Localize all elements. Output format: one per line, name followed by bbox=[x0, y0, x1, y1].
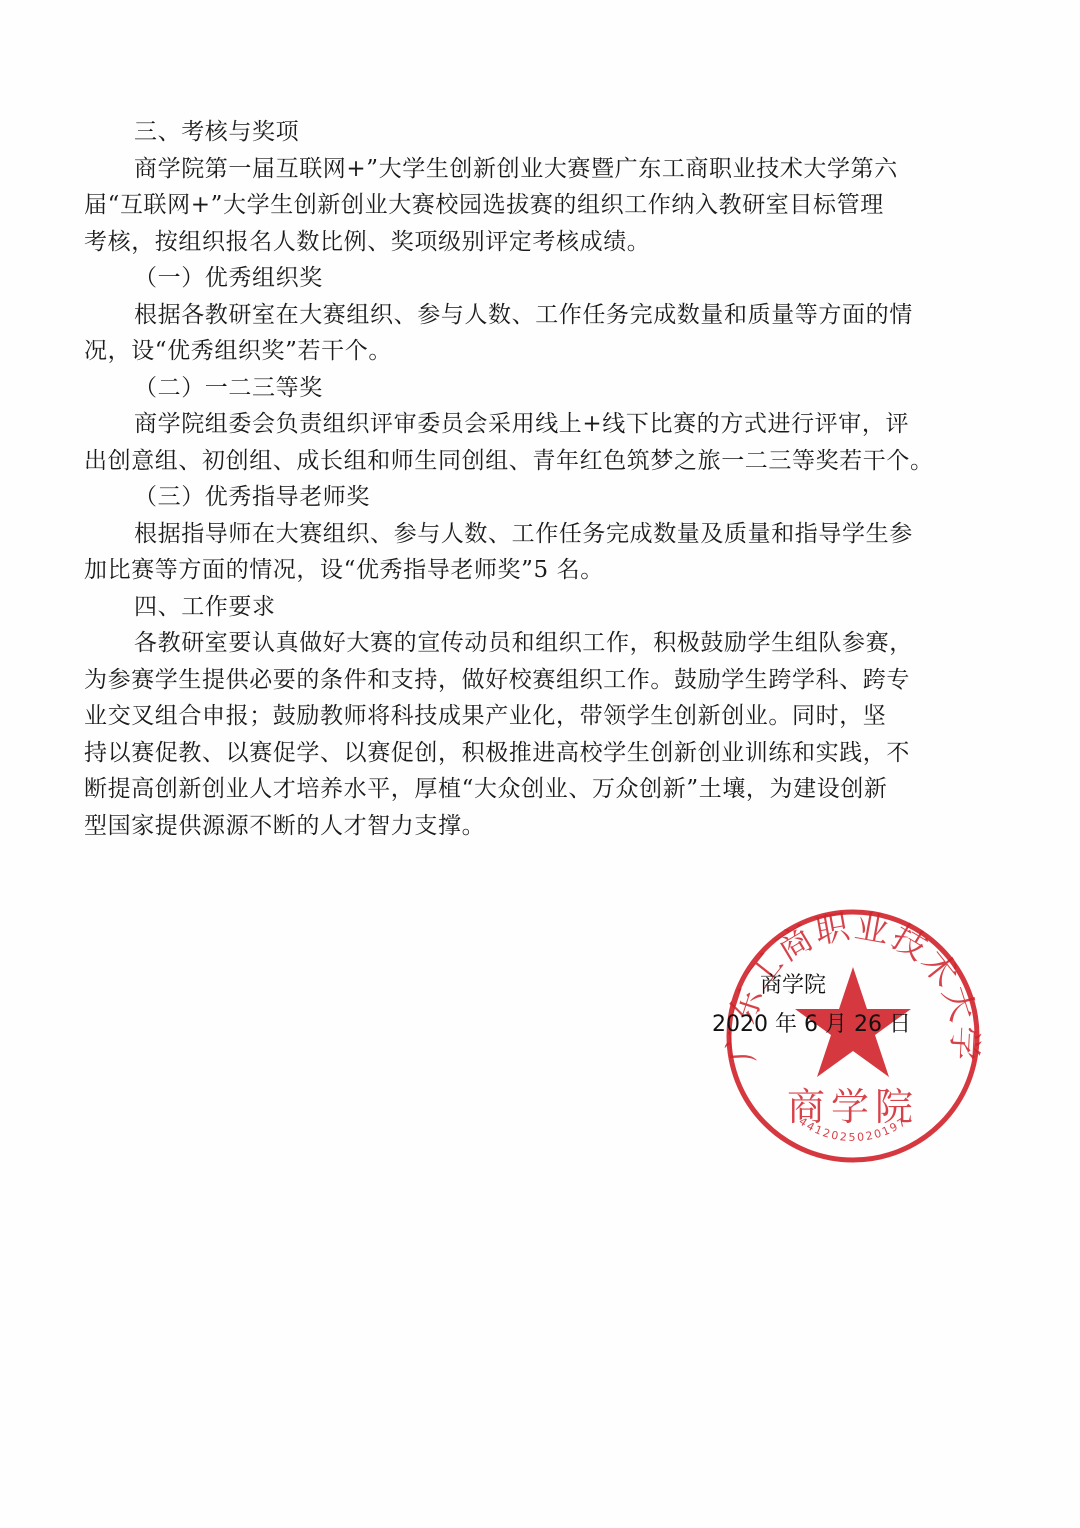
document-page: 三、考核与奖项 商学院第一届互联网+”大学生创新创业大赛暨广东工商职业技术大学第… bbox=[0, 0, 1080, 1528]
paragraph-line: 根据指导师在大赛组织、参与人数、工作任务完成数量及质量和指导学生参 bbox=[84, 516, 904, 553]
subheading-advisor-award: （三）优秀指导老师奖 bbox=[84, 479, 904, 516]
signature-org: 商学院 bbox=[760, 968, 826, 999]
document-body: 三、考核与奖项 商学院第一届互联网+”大学生创新创业大赛暨广东工商职业技术大学第… bbox=[84, 114, 904, 844]
paragraph-line: 型国家提供源源不断的人才智力支撑。 bbox=[84, 808, 904, 845]
paragraph-line: 持以赛促教、以赛促学、以赛促创，积极推进高校学生创新创业训练和实践，不 bbox=[84, 735, 904, 772]
paragraph-line: 断提高创新创业人才培养水平，厚植“大众创业、万众创新”土壤，为建设创新 bbox=[84, 771, 904, 808]
paragraph-line: 考核，按组织报名人数比例、奖项级别评定考核成绩。 bbox=[84, 224, 904, 261]
paragraph-line: 根据各教研室在大赛组织、参与人数、工作任务完成数量和质量等方面的情 bbox=[84, 297, 904, 334]
subheading-organization-award: （一）优秀组织奖 bbox=[84, 260, 904, 297]
paragraph-line: 出创意组、初创组、成长组和师生同创组、青年红色筑梦之旅一二三等奖若干个。 bbox=[84, 443, 904, 480]
section-heading-requirements: 四、工作要求 bbox=[84, 589, 904, 626]
paragraph-line: 届“互联网+”大学生创新创业大赛校园选拔赛的组织工作纳入教研室目标管理 bbox=[84, 187, 904, 224]
section-heading-assessment: 三、考核与奖项 bbox=[84, 114, 904, 151]
paragraph-line: 加比赛等方面的情况，设“优秀指导老师奖”5 名。 bbox=[84, 552, 904, 589]
signature-date: 2020 年 6 月 26 日 bbox=[712, 1007, 911, 1038]
paragraph-line: 况，设“优秀组织奖”若干个。 bbox=[84, 333, 904, 370]
subheading-prize-levels: （二）一二三等奖 bbox=[84, 370, 904, 407]
paragraph-line: 为参赛学生提供必要的条件和支持，做好校赛组织工作。鼓励学生跨学科、跨专 bbox=[84, 662, 904, 699]
paragraph-line: 商学院组委会负责组织评审委员会采用线上+线下比赛的方式进行评审，评 bbox=[84, 406, 904, 443]
paragraph-line: 业交叉组合申报；鼓励教师将科技成果产业化，带领学生创新创业。同时，坚 bbox=[84, 698, 904, 735]
paragraph-line: 商学院第一届互联网+”大学生创新创业大赛暨广东工商职业技术大学第六 bbox=[84, 151, 904, 188]
paragraph-line: 各教研室要认真做好大赛的宣传动员和组织工作，积极鼓励学生组队参赛， bbox=[84, 625, 904, 662]
